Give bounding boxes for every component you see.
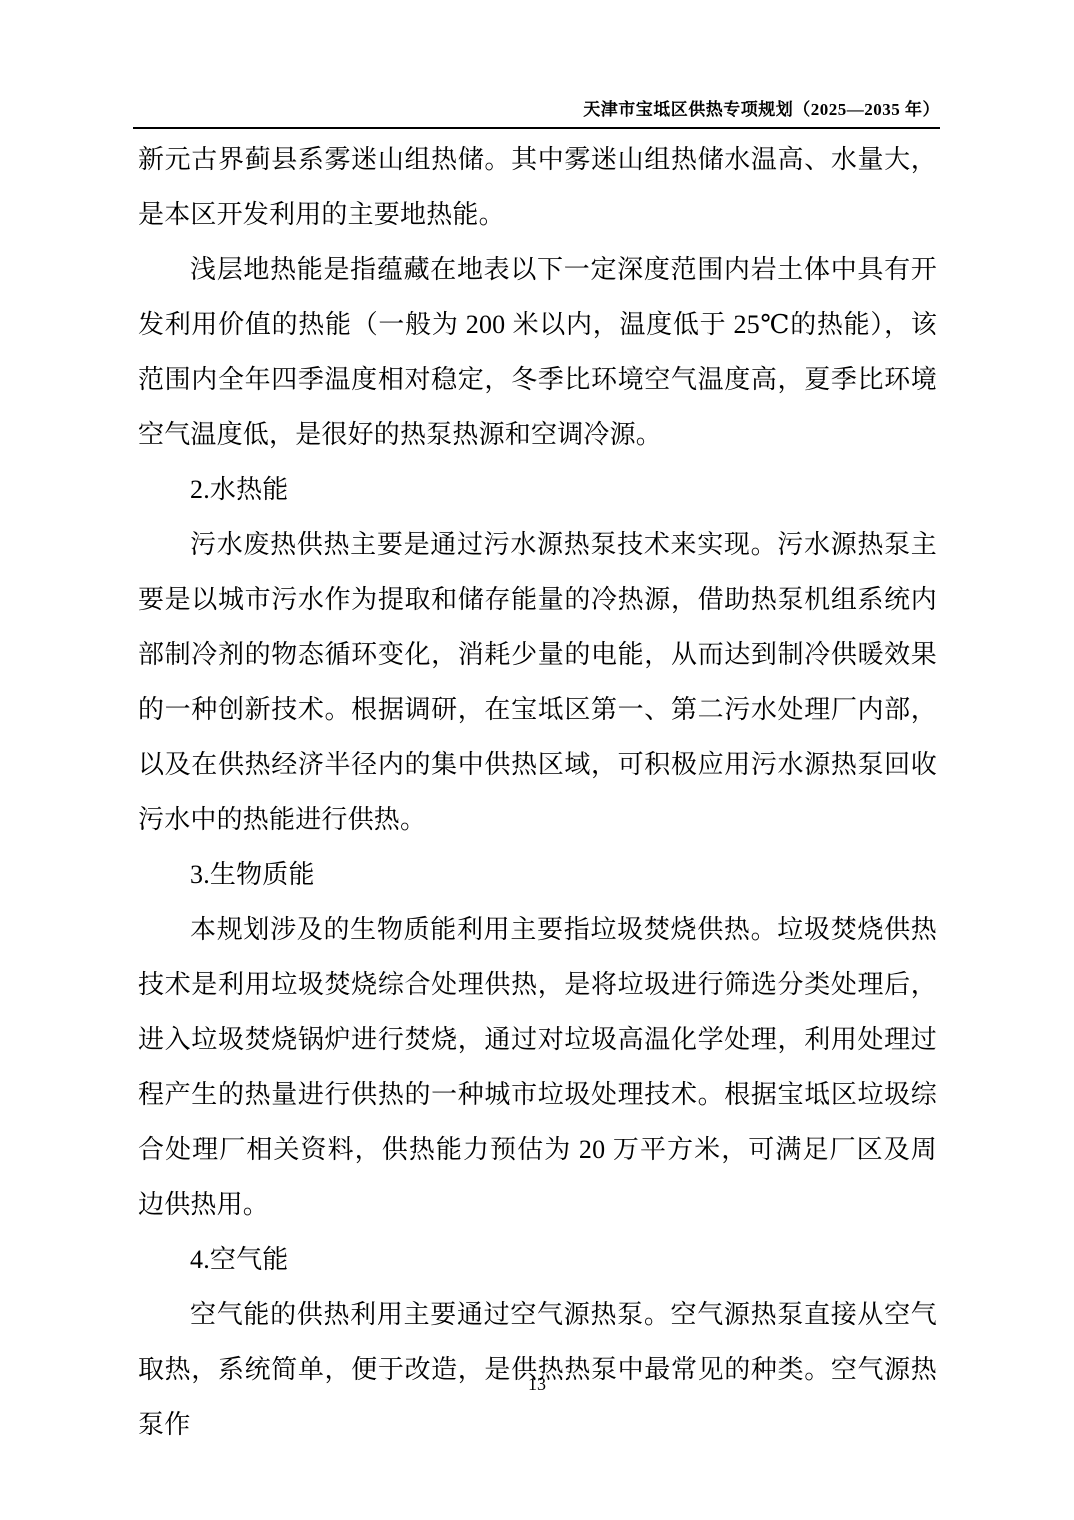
header-rule — [133, 127, 940, 129]
paragraph-sewage-heat-pump: 污水废热供热主要是通过污水源热泵技术来实现。污水源热泵主要是以城市污水作为提取和… — [138, 517, 937, 847]
header-title: 天津市宝坻区供热专项规划（2025—2035 年） — [133, 0, 940, 121]
paragraph-waste-incineration: 本规划涉及的生物质能利用主要指垃圾焚烧供热。垃圾焚烧供热技术是利用垃圾焚烧综合处… — [138, 902, 937, 1232]
paragraph-air-source-heat-pump: 空气能的供热利用主要通过空气源热泵。空气源热泵直接从空气取热，系统简单，便于改造… — [138, 1287, 937, 1452]
heading-water-thermal-energy: 2.水热能 — [138, 462, 937, 517]
page-header: 天津市宝坻区供热专项规划（2025—2035 年） — [133, 0, 940, 129]
document-body: 新元古界蓟县系雾迷山组热储。其中雾迷山组热储水温高、水量大，是本区开发利用的主要… — [138, 132, 937, 1452]
page-footer: 13 — [0, 1372, 1074, 1396]
page-number: 13 — [528, 1374, 546, 1394]
paragraph-geothermal-continuation: 新元古界蓟县系雾迷山组热储。其中雾迷山组热储水温高、水量大，是本区开发利用的主要… — [138, 132, 937, 242]
paragraph-shallow-geothermal: 浅层地热能是指蕴藏在地表以下一定深度范围内岩土体中具有开发利用价值的热能（一般为… — [138, 242, 937, 462]
heading-air-energy: 4.空气能 — [138, 1232, 937, 1287]
document-page: 天津市宝坻区供热专项规划（2025—2035 年） 新元古界蓟县系雾迷山组热储。… — [0, 0, 1074, 1520]
heading-biomass-energy: 3.生物质能 — [138, 847, 937, 902]
